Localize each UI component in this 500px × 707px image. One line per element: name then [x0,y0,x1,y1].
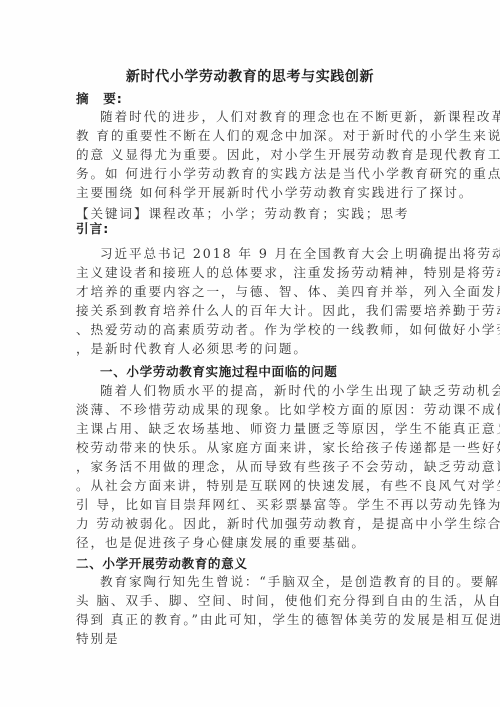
section-1-line: 。从社会方面来讲，特别是互联网的快速发展，有些不良风气对学生有着错误的 [76,478,426,494]
section-1-line: 力 劳动被弱化。因此，新时代加强劳动教育，是提高中小学生综合素质的有效途 [76,516,426,532]
section-1-line: ，家务活不用做的理念，从而导致有些孩子不会劳动，缺乏劳动意识的情况发生 [76,459,426,475]
section-1-line: 校劳动带来的快乐。从家庭方面来讲，家长给孩子传递都是一些好好学习就行了 [76,440,426,456]
section-1-line: 径，也是促进孩子身心健康发展的重要基础。 [76,535,426,551]
abstract-line: 务。如 何进行小学劳动教育的实践方法是当代小学教育研究的重点内容。本文 [76,166,426,182]
section-1-line: 淡薄、不珍惜劳动成果的现象。比如学校方面的原因：劳动课不成体系，或者被 [76,402,426,418]
abstract-line: 教 育的重要性不断在人们的观念中加深。对于新时代的小学生来说，劳动教育 [76,128,426,144]
abstract-line: 随着时代的进步，人们对教育的理念也在不断更新，新课程改革后，劳动 [100,109,426,125]
intro-line: 接关系到教育培养什么人的百年大计。因此，我们需要培养勤于劳动、善于劳动 [76,303,426,319]
abstract-label: 摘 要: [76,91,426,107]
intro-line: 、热爱劳动的高素质劳动者。作为学校的一线教师，如何做好小学劳动教育工作 [76,322,426,338]
document-title: 新时代小学劳动教育的思考与实践创新 [0,66,500,86]
section-1-line: 随着人们物质水平的提高，新时代的小学生出现了缺乏劳动机会、劳动意识 [100,383,426,399]
intro-line: 才培养的重要内容之一，与德、智、体、美四育并举，列入全面发展的要素，直 [76,284,426,300]
keywords-line: 【关键词】课程改革；小学；劳动教育；实践；思考 [76,206,426,222]
document-page: 新时代小学劳动教育的思考与实践创新 摘 要: 随着时代的进步，人们对教育的理念也… [0,0,500,707]
section-2-heading: 二、小学开展劳动教育的意义 [76,556,248,572]
section-2-line: 得到 真正的教育。”由此可知，学生的德智体美劳的发展是相互促进的过程， [76,612,426,628]
intro-line: ，是新时代教育人必须思考的问题。 [76,341,426,357]
abstract-line: 主要围绕 如何科学开展新时代小学劳动教育实践进行了探讨。 [76,185,426,201]
abstract-line: 的意 义显得尤为重要。因此，对小学生开展劳动教育是现代教育工作的重要任 [76,147,426,163]
section-1-line: 主课占用、缺乏农场基地、师资力量匮乏等原因，学生不能真正意义上的体验学 [76,421,426,437]
section-2-line: 教育家陶行知先生曾说：“手脑双全，是创造教育的目的。要解放孩子的 [100,574,426,590]
intro-line: 习近平总书记 2018 年 9 月在全国教育大会上明确提出将劳动教育纳入社会 [100,246,426,262]
section-1-heading: 一、小学劳动教育实施过程中面临的问题 [100,364,338,380]
section-2-line: 特别是 [76,631,426,647]
intro-label: 引言: [76,221,426,237]
intro-line: 主义建设者和接班人的总体要求，注重发扬劳动精神，特别是将劳动教育作为人 [76,265,426,281]
section-2-line: 头 脑、双手、脚、空间、时间，使他们充分得到自由的生活，从自由的生活中 [76,593,426,609]
section-1-line: 引 导，比如盲目崇拜网红、买彩票暴富等。学生不再以劳动先锋为榜样。从而体 [76,497,426,513]
